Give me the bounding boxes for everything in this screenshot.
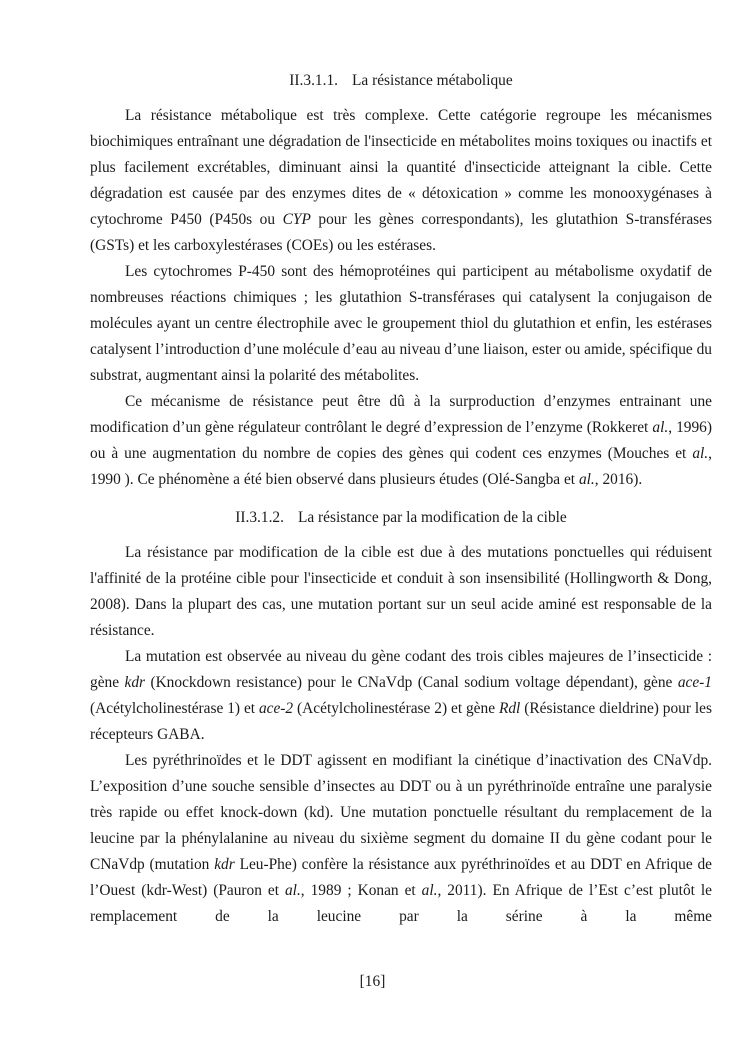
- document-body: II.3.1.1.La résistance métaboliqueLa rés…: [90, 56, 712, 930]
- section-number: II.3.1.2.: [235, 505, 284, 531]
- text-run: La résistance par modification de la cib…: [90, 544, 712, 639]
- text-run: Ce mécanisme de résistance peut être dû …: [90, 393, 712, 436]
- italic-text-run: kdr: [214, 856, 235, 873]
- section-number: II.3.1.1.: [289, 68, 338, 94]
- paragraph: La mutation est observée au niveau du gè…: [90, 644, 712, 748]
- text-run: (Acétylcholinestérase 1) et: [90, 700, 259, 717]
- italic-text-run: CYP: [283, 211, 311, 228]
- document-page: II.3.1.1.La résistance métaboliqueLa rés…: [0, 0, 745, 1053]
- italic-text-run: kdr: [124, 674, 145, 691]
- section-title: La résistance par la modification de la …: [298, 505, 567, 531]
- italic-text-run: al.: [579, 471, 595, 488]
- italic-text-run: ace-1: [678, 674, 712, 691]
- text-run: Les cytochromes P-450 sont des hémoproté…: [90, 263, 712, 384]
- italic-text-run: al.: [652, 419, 668, 436]
- paragraph: La résistance métabolique est très compl…: [90, 103, 712, 259]
- page-number: [16]: [0, 969, 745, 995]
- section-heading: II.3.1.2.La résistance par la modificati…: [90, 505, 712, 531]
- text-run: , 1989 ; Konan et: [301, 882, 422, 899]
- italic-text-run: al.: [285, 882, 301, 899]
- text-run: Les pyréthrinoïdes et le DDT agissent en…: [90, 752, 712, 873]
- paragraph: Ce mécanisme de résistance peut être dû …: [90, 389, 712, 493]
- section-title: La résistance métabolique: [352, 68, 513, 94]
- text-run: La résistance métabolique est très compl…: [90, 107, 712, 228]
- italic-text-run: al.: [692, 445, 708, 462]
- text-run: (Acétylcholinestérase 2) et gène: [293, 700, 499, 717]
- paragraph: Les cytochromes P-450 sont des hémoproté…: [90, 259, 712, 389]
- text-run: (Knockdown resistance) pour le CNaVdp (C…: [145, 674, 678, 691]
- paragraph: Les pyréthrinoïdes et le DDT agissent en…: [90, 748, 712, 930]
- italic-text-run: ace-2: [259, 700, 293, 717]
- text-run: , 2016).: [595, 471, 642, 488]
- paragraph: La résistance par modification de la cib…: [90, 540, 712, 644]
- italic-text-run: al.: [422, 882, 438, 899]
- section-heading: II.3.1.1.La résistance métabolique: [90, 68, 712, 94]
- italic-text-run: Rdl: [499, 700, 520, 717]
